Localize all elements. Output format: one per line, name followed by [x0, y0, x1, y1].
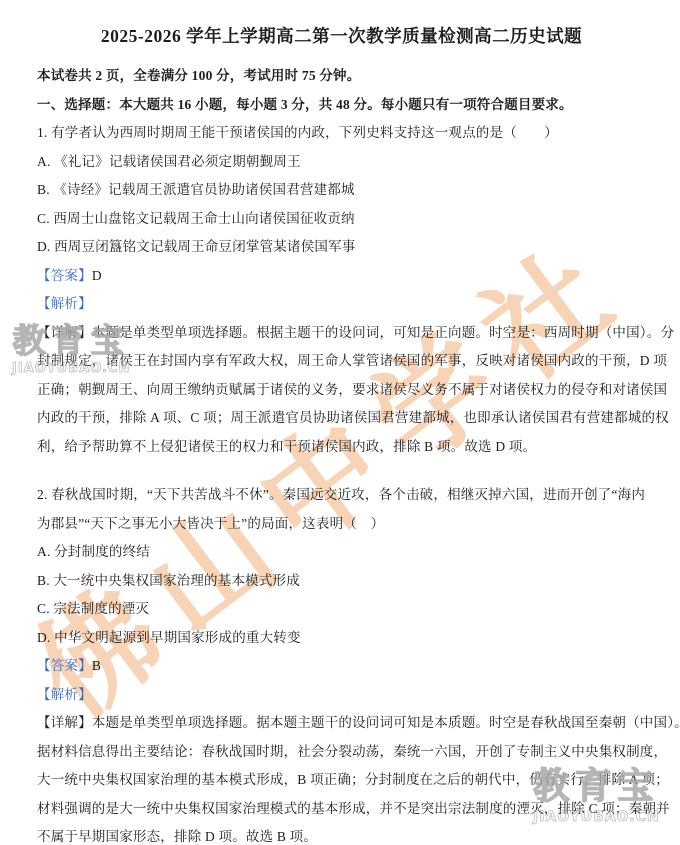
q1-stem: 1. 有学者认为西周时期周王能干预诸侯国的内政，下列史料支持这一观点的是（ ） — [37, 119, 646, 148]
q1-option-c: C. 西周士山盘铭文记载周王命士山向诸侯国征收贡纳 — [37, 205, 646, 234]
answer-label: 【答案】 — [37, 268, 92, 283]
q2-option-a: A. 分封制度的终结 — [37, 538, 646, 567]
exam-info-line: 本试卷共 2 页，全卷满分 100 分，考试用时 75 分钟。 — [37, 62, 646, 91]
section-heading: 一、选择题：本大题共 16 小题，每小题 3 分，共 48 分。每小题只有一项符… — [37, 91, 646, 120]
q1-detail-line: 正确；朝觐周王、向周王缴纳贡赋属于诸侯的义务，要求诸侯尽义务不属于对诸侯权力的侵… — [37, 376, 646, 405]
document-content: 2025-2026 学年上学期高二第一次教学质量检测高二历史试题 本试卷共 2 … — [0, 0, 680, 845]
q2-analysis-line: 【解析】 — [37, 681, 646, 710]
q1-answer-value: D — [92, 268, 102, 283]
page-title: 2025-2026 学年上学期高二第一次教学质量检测高二历史试题 — [37, 24, 646, 48]
q2-stem-line: 2. 春秋战国时期，“天下共苦战斗不休”。秦国远交近攻，各个击破，相继灭掉六国，… — [37, 481, 646, 510]
answer-label: 【答案】 — [37, 658, 92, 673]
q2-detail-line: 【详解】本题是单类型单项选择题。据本题主题干的设问词可知是本质题。时空是春秋战国… — [37, 709, 646, 738]
q2-answer-value: B — [92, 658, 101, 673]
q1-option-d: D. 西周豆闭簋铭文记载周王命豆闭掌管某诸侯国军事 — [37, 233, 646, 262]
q2-detail-line: 据材料信息得出主要结论：春秋战国时期，社会分裂动荡，秦统一六国，开创了专制主义中… — [37, 738, 646, 767]
analysis-label: 【解析】 — [37, 687, 92, 702]
q2-detail-line: 大一统中央集权国家治理的基本模式形成，B 项正确；分封制度在之后的朝代中，仍有实… — [37, 766, 646, 795]
exam-document-page: 佛山中学社 教育宝 JIAOYUBAO.CN 教育宝 JIAOYUBAO.CN … — [0, 0, 680, 845]
q2-option-c: C. 宗法制度的湮灭 — [37, 595, 646, 624]
analysis-label: 【解析】 — [37, 296, 92, 311]
q2-answer-line: 【答案】B — [37, 652, 646, 681]
q1-option-a: A. 《礼记》记载诸侯国君必须定期朝觐周王 — [37, 148, 646, 177]
q1-answer-line: 【答案】D — [37, 262, 646, 291]
q2-stem-line: 为郡县”“天下之事无小大皆决于上”的局面，这表明（ ） — [37, 510, 646, 539]
q2-detail-line: 不属于早期国家形态，排除 D 项。故选 B 项。 — [37, 823, 646, 845]
q1-option-b: B. 《诗经》记载周王派遣官员协助诸侯国君营建都城 — [37, 176, 646, 205]
q2-detail-line: 材料强调的是大一统中央集权国家治理模式的基本形成，并不是突出宗法制度的湮灭，排除… — [37, 795, 646, 824]
q1-analysis-line: 【解析】 — [37, 290, 646, 319]
q1-detail-line: 【详解】本题是单类型单项选择题。根据主题干的设问词，可知是正向题。时空是：西周时… — [37, 319, 646, 348]
q2-option-d: D. 中华文明起源到早期国家形成的重大转变 — [37, 624, 646, 653]
q1-detail-line: 内政的干预，排除 A 项、C 项；周王派遣官员协助诸侯国君营建都城，也即承认诸侯… — [37, 404, 646, 433]
q1-detail-line: 封制规定，诸侯王在封国内享有军政大权，周王命人掌管诸侯国的军事，反映对诸侯国内政… — [37, 347, 646, 376]
q2-option-b: B. 大一统中央集权国家治理的基本模式形成 — [37, 567, 646, 596]
q1-detail-line: 利，给予帮助算不上侵犯诸侯王的权力和干预诸侯国内政，排除 B 项。故选 D 项。 — [37, 433, 646, 462]
